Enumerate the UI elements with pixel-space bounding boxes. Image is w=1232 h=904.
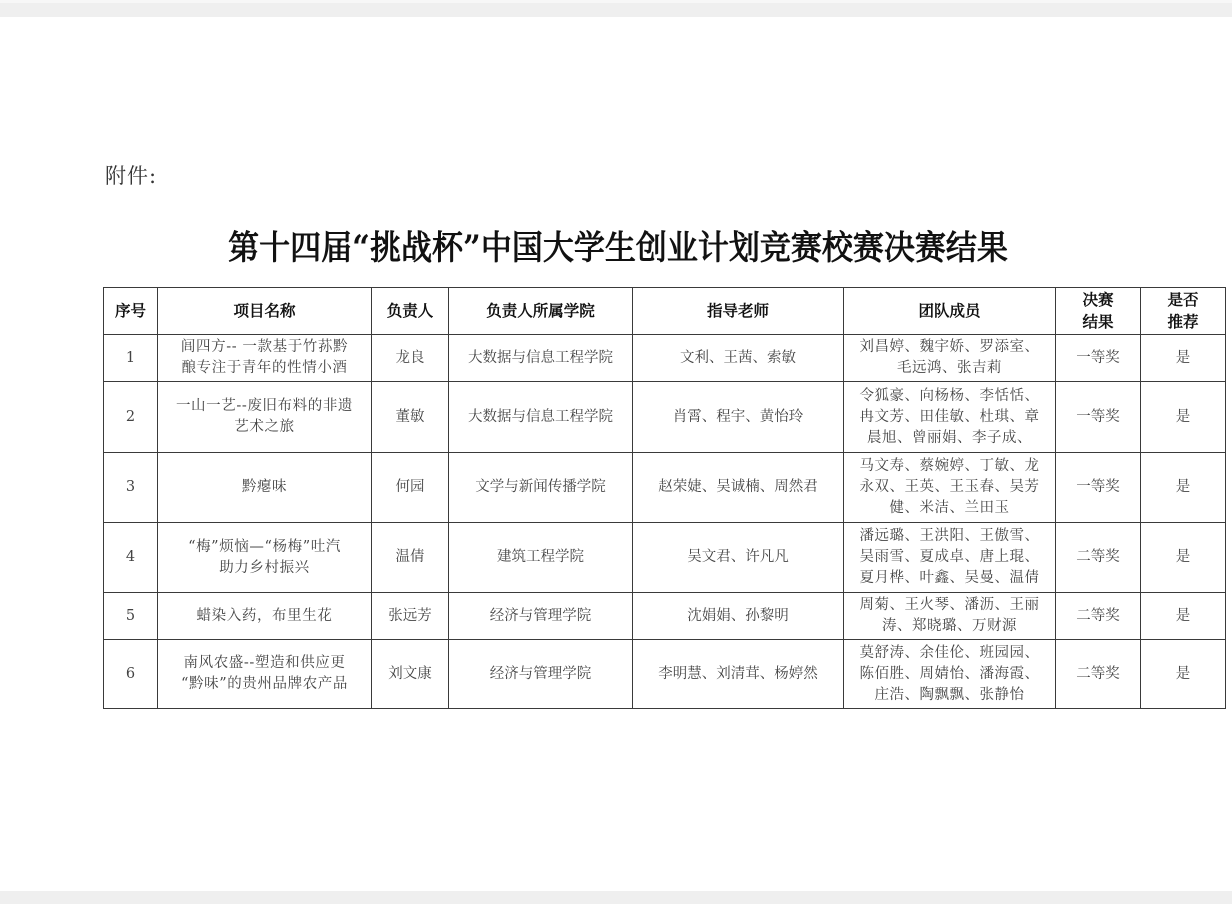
- results-table: 序号 项目名称 负责人 负责人所属学院 指导老师 团队成员 决赛 结果 是否 推…: [103, 287, 1226, 709]
- cell-team: 潘远璐、王洪阳、王傲雪、 吴雨雪、夏成卓、唐上琨、 夏月桦、叶鑫、吴曼、温倩: [844, 523, 1056, 593]
- header-advisors: 指导老师: [633, 288, 844, 335]
- table-header-row: 序号 项目名称 负责人 负责人所属学院 指导老师 团队成员 决赛 结果 是否 推…: [104, 288, 1226, 335]
- cell-recommend: 是: [1141, 453, 1226, 523]
- attachment-label: 附件:: [105, 160, 157, 190]
- cell-result: 一等奖: [1056, 335, 1141, 382]
- project-line: 南风农盛--塑造和供应更: [162, 653, 367, 674]
- team-line: 毛远鸿、张吉莉: [848, 358, 1051, 379]
- team-line: 陈佰胜、周婧怡、潘海霞、: [848, 664, 1051, 685]
- cell-team: 马文寿、蔡婉婷、丁敏、龙 永双、王英、王玉春、吴芳 健、米洁、兰田玉: [844, 453, 1056, 523]
- header-recommend-line1: 是否: [1145, 289, 1221, 311]
- header-index: 序号: [104, 288, 158, 335]
- header-college: 负责人所属学院: [449, 288, 633, 335]
- header-recommend-line2: 推荐: [1145, 311, 1221, 333]
- cell-advisors: 李明慧、刘清茸、杨婷然: [633, 640, 844, 709]
- cell-team: 令狐豪、向杨杨、李恬恬、 冉文芳、田佳敏、杜琪、章 晨旭、曾丽娟、李子成、: [844, 382, 1056, 453]
- cell-index: 2: [104, 382, 158, 453]
- header-team: 团队成员: [844, 288, 1056, 335]
- table-row: 5 蜡染入药，布里生花 张远芳 经济与管理学院 沈娟娟、孙黎明 周菊、王火琴、潘…: [104, 593, 1226, 640]
- team-line: 马文寿、蔡婉婷、丁敏、龙: [848, 456, 1051, 477]
- header-leader: 负责人: [372, 288, 449, 335]
- project-line: 闾四方-- 一款基于竹荪黔: [162, 337, 367, 358]
- header-result-line1: 决赛: [1060, 289, 1136, 311]
- team-line: 永双、王英、王玉春、吴芳: [848, 477, 1051, 498]
- header-recommend: 是否 推荐: [1141, 288, 1226, 335]
- team-line: 庄浩、陶飘飘、张静怡: [848, 685, 1051, 706]
- cell-team: 周菊、王火琴、潘沥、王丽 涛、郑晓璐、万财源: [844, 593, 1056, 640]
- team-line: 冉文芳、田佳敏、杜琪、章: [848, 407, 1051, 428]
- header-project: 项目名称: [158, 288, 372, 335]
- cell-recommend: 是: [1141, 382, 1226, 453]
- cell-result: 一等奖: [1056, 382, 1141, 453]
- cell-college: 经济与管理学院: [449, 593, 633, 640]
- viewer-top-bar: [0, 0, 1232, 17]
- team-line: 吴雨雪、夏成卓、唐上琨、: [848, 547, 1051, 568]
- header-result-line2: 结果: [1060, 311, 1136, 333]
- team-line: 涛、郑晓璐、万财源: [848, 616, 1051, 637]
- cell-team: 刘昌婷、魏宇娇、罗添室、 毛远鸿、张吉莉: [844, 335, 1056, 382]
- cell-advisors: 吴文君、许凡凡: [633, 523, 844, 593]
- team-line: 夏月桦、叶鑫、吴曼、温倩: [848, 568, 1051, 589]
- cell-result: 二等奖: [1056, 640, 1141, 709]
- cell-index: 5: [104, 593, 158, 640]
- cell-index: 4: [104, 523, 158, 593]
- cell-recommend: 是: [1141, 640, 1226, 709]
- cell-college: 经济与管理学院: [449, 640, 633, 709]
- team-line: 潘远璐、王洪阳、王傲雪、: [848, 526, 1051, 547]
- cell-result: 二等奖: [1056, 523, 1141, 593]
- cell-leader: 董敏: [372, 382, 449, 453]
- cell-project: “梅”烦恼—“杨梅”吐汽 助力乡村振兴: [158, 523, 372, 593]
- team-line: 令狐豪、向杨杨、李恬恬、: [848, 386, 1051, 407]
- cell-result: 二等奖: [1056, 593, 1141, 640]
- project-line: “黔味”的贵州品牌农产品: [162, 674, 367, 695]
- project-line: “梅”烦恼—“杨梅”吐汽: [162, 537, 367, 558]
- table-row: 6 南风农盛--塑造和供应更 “黔味”的贵州品牌农产品 刘文康 经济与管理学院 …: [104, 640, 1226, 709]
- team-line: 晨旭、曾丽娟、李子成、: [848, 428, 1051, 449]
- team-line: 莫舒涛、余佳伦、班园园、: [848, 643, 1051, 664]
- document-title-text: 第十四届“挑战杯”中国大学生创业计划竞赛校赛决赛结果: [228, 220, 1008, 269]
- cell-college: 大数据与信息工程学院: [449, 335, 633, 382]
- project-line: 艺术之旅: [162, 417, 367, 438]
- viewer-bottom-bar: [0, 891, 1232, 904]
- cell-college: 文学与新闻传播学院: [449, 453, 633, 523]
- cell-advisors: 赵荣婕、吴诚楠、周然君: [633, 453, 844, 523]
- cell-recommend: 是: [1141, 335, 1226, 382]
- team-line: 周菊、王火琴、潘沥、王丽: [848, 595, 1051, 616]
- team-line: 健、米洁、兰田玉: [848, 498, 1051, 519]
- table-row: 1 闾四方-- 一款基于竹荪黔 酿专注于青年的性情小酒 龙良 大数据与信息工程学…: [104, 335, 1226, 382]
- cell-result: 一等奖: [1056, 453, 1141, 523]
- table-row: 4 “梅”烦恼—“杨梅”吐汽 助力乡村振兴 温倩 建筑工程学院 吴文君、许凡凡 …: [104, 523, 1226, 593]
- cell-index: 3: [104, 453, 158, 523]
- cell-leader: 何园: [372, 453, 449, 523]
- cell-college: 大数据与信息工程学院: [449, 382, 633, 453]
- cell-recommend: 是: [1141, 523, 1226, 593]
- cell-index: 1: [104, 335, 158, 382]
- cell-recommend: 是: [1141, 593, 1226, 640]
- project-line: 一山一艺--废旧布料的非遗: [162, 396, 367, 417]
- cell-project: 一山一艺--废旧布料的非遗 艺术之旅: [158, 382, 372, 453]
- document-title: 第十四届“挑战杯”中国大学生创业计划竞赛校赛决赛结果: [0, 222, 1232, 267]
- project-line: 助力乡村振兴: [162, 558, 367, 579]
- cell-advisors: 文利、王茜、索敏: [633, 335, 844, 382]
- team-line: 刘昌婷、魏宇娇、罗添室、: [848, 337, 1051, 358]
- cell-team: 莫舒涛、余佳伦、班园园、 陈佰胜、周婧怡、潘海霞、 庄浩、陶飘飘、张静怡: [844, 640, 1056, 709]
- project-line: 酿专注于青年的性情小酒: [162, 358, 367, 379]
- cell-index: 6: [104, 640, 158, 709]
- cell-project: 蜡染入药，布里生花: [158, 593, 372, 640]
- cell-leader: 龙良: [372, 335, 449, 382]
- table-row: 3 黔瘪味 何园 文学与新闻传播学院 赵荣婕、吴诚楠、周然君 马文寿、蔡婉婷、丁…: [104, 453, 1226, 523]
- cell-leader: 张远芳: [372, 593, 449, 640]
- project-line: 蜡染入药，布里生花: [162, 606, 367, 627]
- cell-college: 建筑工程学院: [449, 523, 633, 593]
- cell-project: 黔瘪味: [158, 453, 372, 523]
- cell-advisors: 肖霄、程宇、黄怡玲: [633, 382, 844, 453]
- project-line: 黔瘪味: [162, 477, 367, 498]
- cell-leader: 温倩: [372, 523, 449, 593]
- header-result: 决赛 结果: [1056, 288, 1141, 335]
- table-row: 2 一山一艺--废旧布料的非遗 艺术之旅 董敏 大数据与信息工程学院 肖霄、程宇…: [104, 382, 1226, 453]
- cell-advisors: 沈娟娟、孙黎明: [633, 593, 844, 640]
- cell-project: 闾四方-- 一款基于竹荪黔 酿专注于青年的性情小酒: [158, 335, 372, 382]
- cell-leader: 刘文康: [372, 640, 449, 709]
- cell-project: 南风农盛--塑造和供应更 “黔味”的贵州品牌农产品: [158, 640, 372, 709]
